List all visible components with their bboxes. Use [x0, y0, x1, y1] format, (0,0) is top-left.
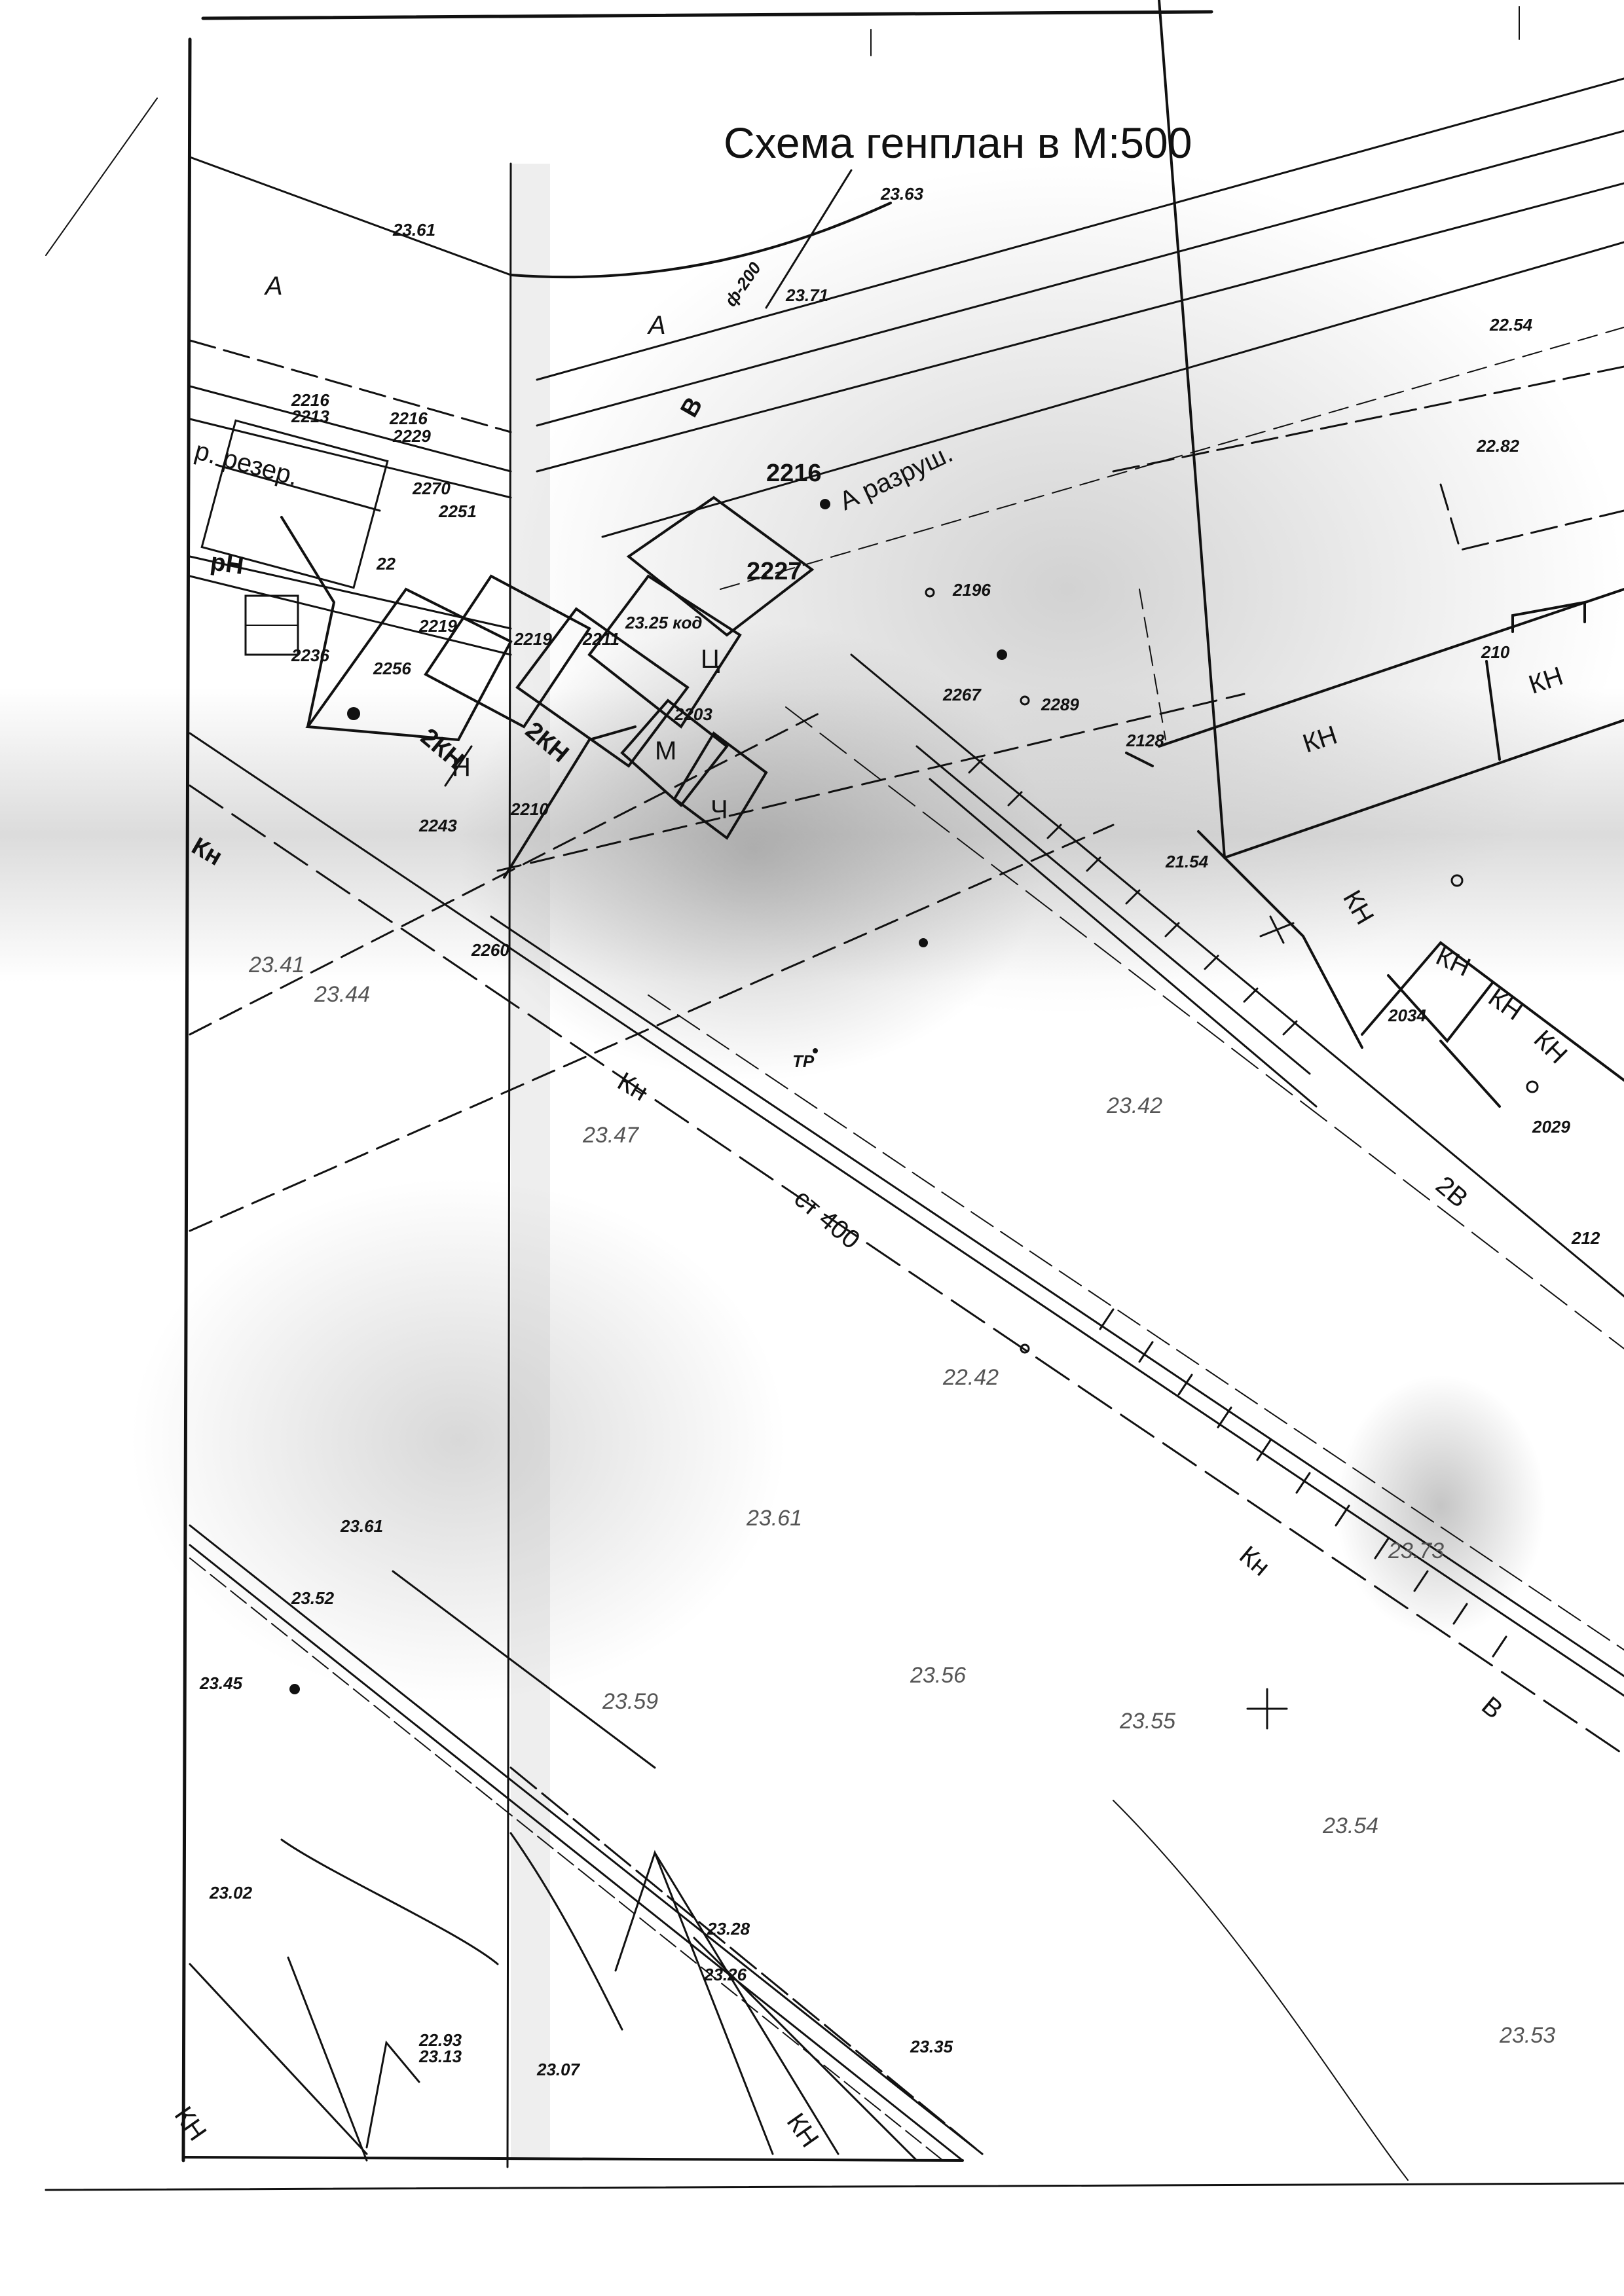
svg-text:23.25 код: 23.25 код [625, 613, 702, 632]
svg-text:23.44: 23.44 [314, 982, 370, 1007]
svg-text:23.54: 23.54 [1322, 1813, 1378, 1838]
svg-text:рН: рН [209, 548, 246, 580]
svg-text:23.61: 23.61 [746, 1506, 802, 1531]
svg-text:23.61: 23.61 [392, 220, 435, 240]
svg-text:23.52: 23.52 [291, 1588, 335, 1608]
svg-text:Кн: Кн [1234, 1540, 1275, 1582]
svg-text:2289: 2289 [1041, 695, 1079, 714]
svg-text:23.42: 23.42 [1106, 1093, 1162, 1118]
svg-text:23.59: 23.59 [602, 1689, 658, 1714]
svg-text:23.07: 23.07 [536, 2060, 581, 2079]
svg-text:2256: 2256 [373, 659, 411, 678]
svg-text:23.61: 23.61 [340, 1516, 383, 1536]
svg-text:2210: 2210 [510, 799, 549, 819]
svg-text:2267: 2267 [942, 685, 982, 704]
svg-text:2203: 2203 [674, 704, 712, 724]
svg-text:23.41: 23.41 [248, 953, 304, 977]
svg-text:А: А [647, 311, 666, 340]
svg-text:23.63: 23.63 [880, 184, 924, 204]
svg-text:212: 212 [1571, 1228, 1600, 1248]
svg-text:2211: 2211 [582, 629, 619, 649]
svg-text:21.54: 21.54 [1165, 852, 1209, 871]
svg-text:23.02: 23.02 [209, 1883, 253, 1903]
svg-text:2196: 2196 [952, 580, 991, 600]
svg-text:2В: 2В [1430, 1171, 1473, 1213]
svg-text:23.28: 23.28 [707, 1919, 750, 1939]
svg-text:22.54: 22.54 [1489, 315, 1533, 335]
svg-text:210: 210 [1481, 642, 1510, 662]
svg-text:23.53: 23.53 [1499, 2023, 1555, 2048]
svg-text:КН: КН [781, 2108, 824, 2153]
svg-text:2270: 2270 [412, 479, 451, 498]
svg-text:2216: 2216 [766, 460, 822, 487]
svg-text:2216: 2216 [389, 409, 428, 428]
svg-text:ст 400: ст 400 [788, 1184, 865, 1254]
site-plan-sheet: Схема генплан в М:500 [0, 0, 1624, 2296]
svg-text:22.82: 22.82 [1476, 436, 1520, 456]
svg-text:2243: 2243 [418, 816, 457, 835]
svg-text:Кн: Кн [613, 1067, 653, 1107]
svg-text:2251: 2251 [438, 501, 477, 521]
svg-text:ТР: ТР [792, 1051, 815, 1071]
svg-text:23.13: 23.13 [418, 2047, 462, 2066]
svg-text:22: 22 [376, 554, 396, 574]
svg-text:2128: 2128 [1126, 731, 1164, 750]
svg-text:22.42: 22.42 [942, 1365, 999, 1390]
svg-text:Н: Н [452, 753, 471, 782]
site-plan-map: А А р. резер. рН 2КН 2КН Н М Ц Ч ТР КН К… [0, 0, 1624, 2296]
svg-text:КН: КН [1528, 1025, 1573, 1069]
svg-text:23.45: 23.45 [199, 1673, 243, 1693]
svg-text:Ч: Ч [710, 795, 728, 824]
svg-text:23.35: 23.35 [910, 2037, 953, 2056]
svg-text:Ц: Ц [701, 645, 720, 674]
svg-text:В: В [1476, 1691, 1508, 1724]
svg-text:23.73: 23.73 [1388, 1539, 1444, 1563]
svg-text:2219: 2219 [513, 629, 552, 649]
svg-text:2034: 2034 [1388, 1006, 1426, 1025]
svg-text:23.55: 23.55 [1119, 1709, 1175, 1734]
svg-text:2260: 2260 [471, 940, 509, 960]
svg-text:2219: 2219 [418, 616, 457, 636]
svg-text:23.47: 23.47 [582, 1123, 639, 1148]
svg-text:М: М [655, 737, 676, 765]
svg-text:23.26: 23.26 [703, 1965, 747, 1984]
svg-text:23.56: 23.56 [910, 1663, 966, 1688]
svg-text:А: А [264, 272, 283, 301]
svg-text:р. резер.: р. резер. [192, 436, 301, 491]
svg-text:2227: 2227 [747, 558, 802, 585]
svg-text:КН: КН [169, 2102, 212, 2146]
svg-text:2236: 2236 [291, 646, 329, 665]
svg-text:23.71: 23.71 [785, 285, 828, 305]
svg-text:2213: 2213 [291, 407, 329, 426]
utility-lines-left [190, 340, 511, 655]
svg-text:2229: 2229 [392, 426, 431, 446]
svg-text:2029: 2029 [1532, 1117, 1570, 1137]
